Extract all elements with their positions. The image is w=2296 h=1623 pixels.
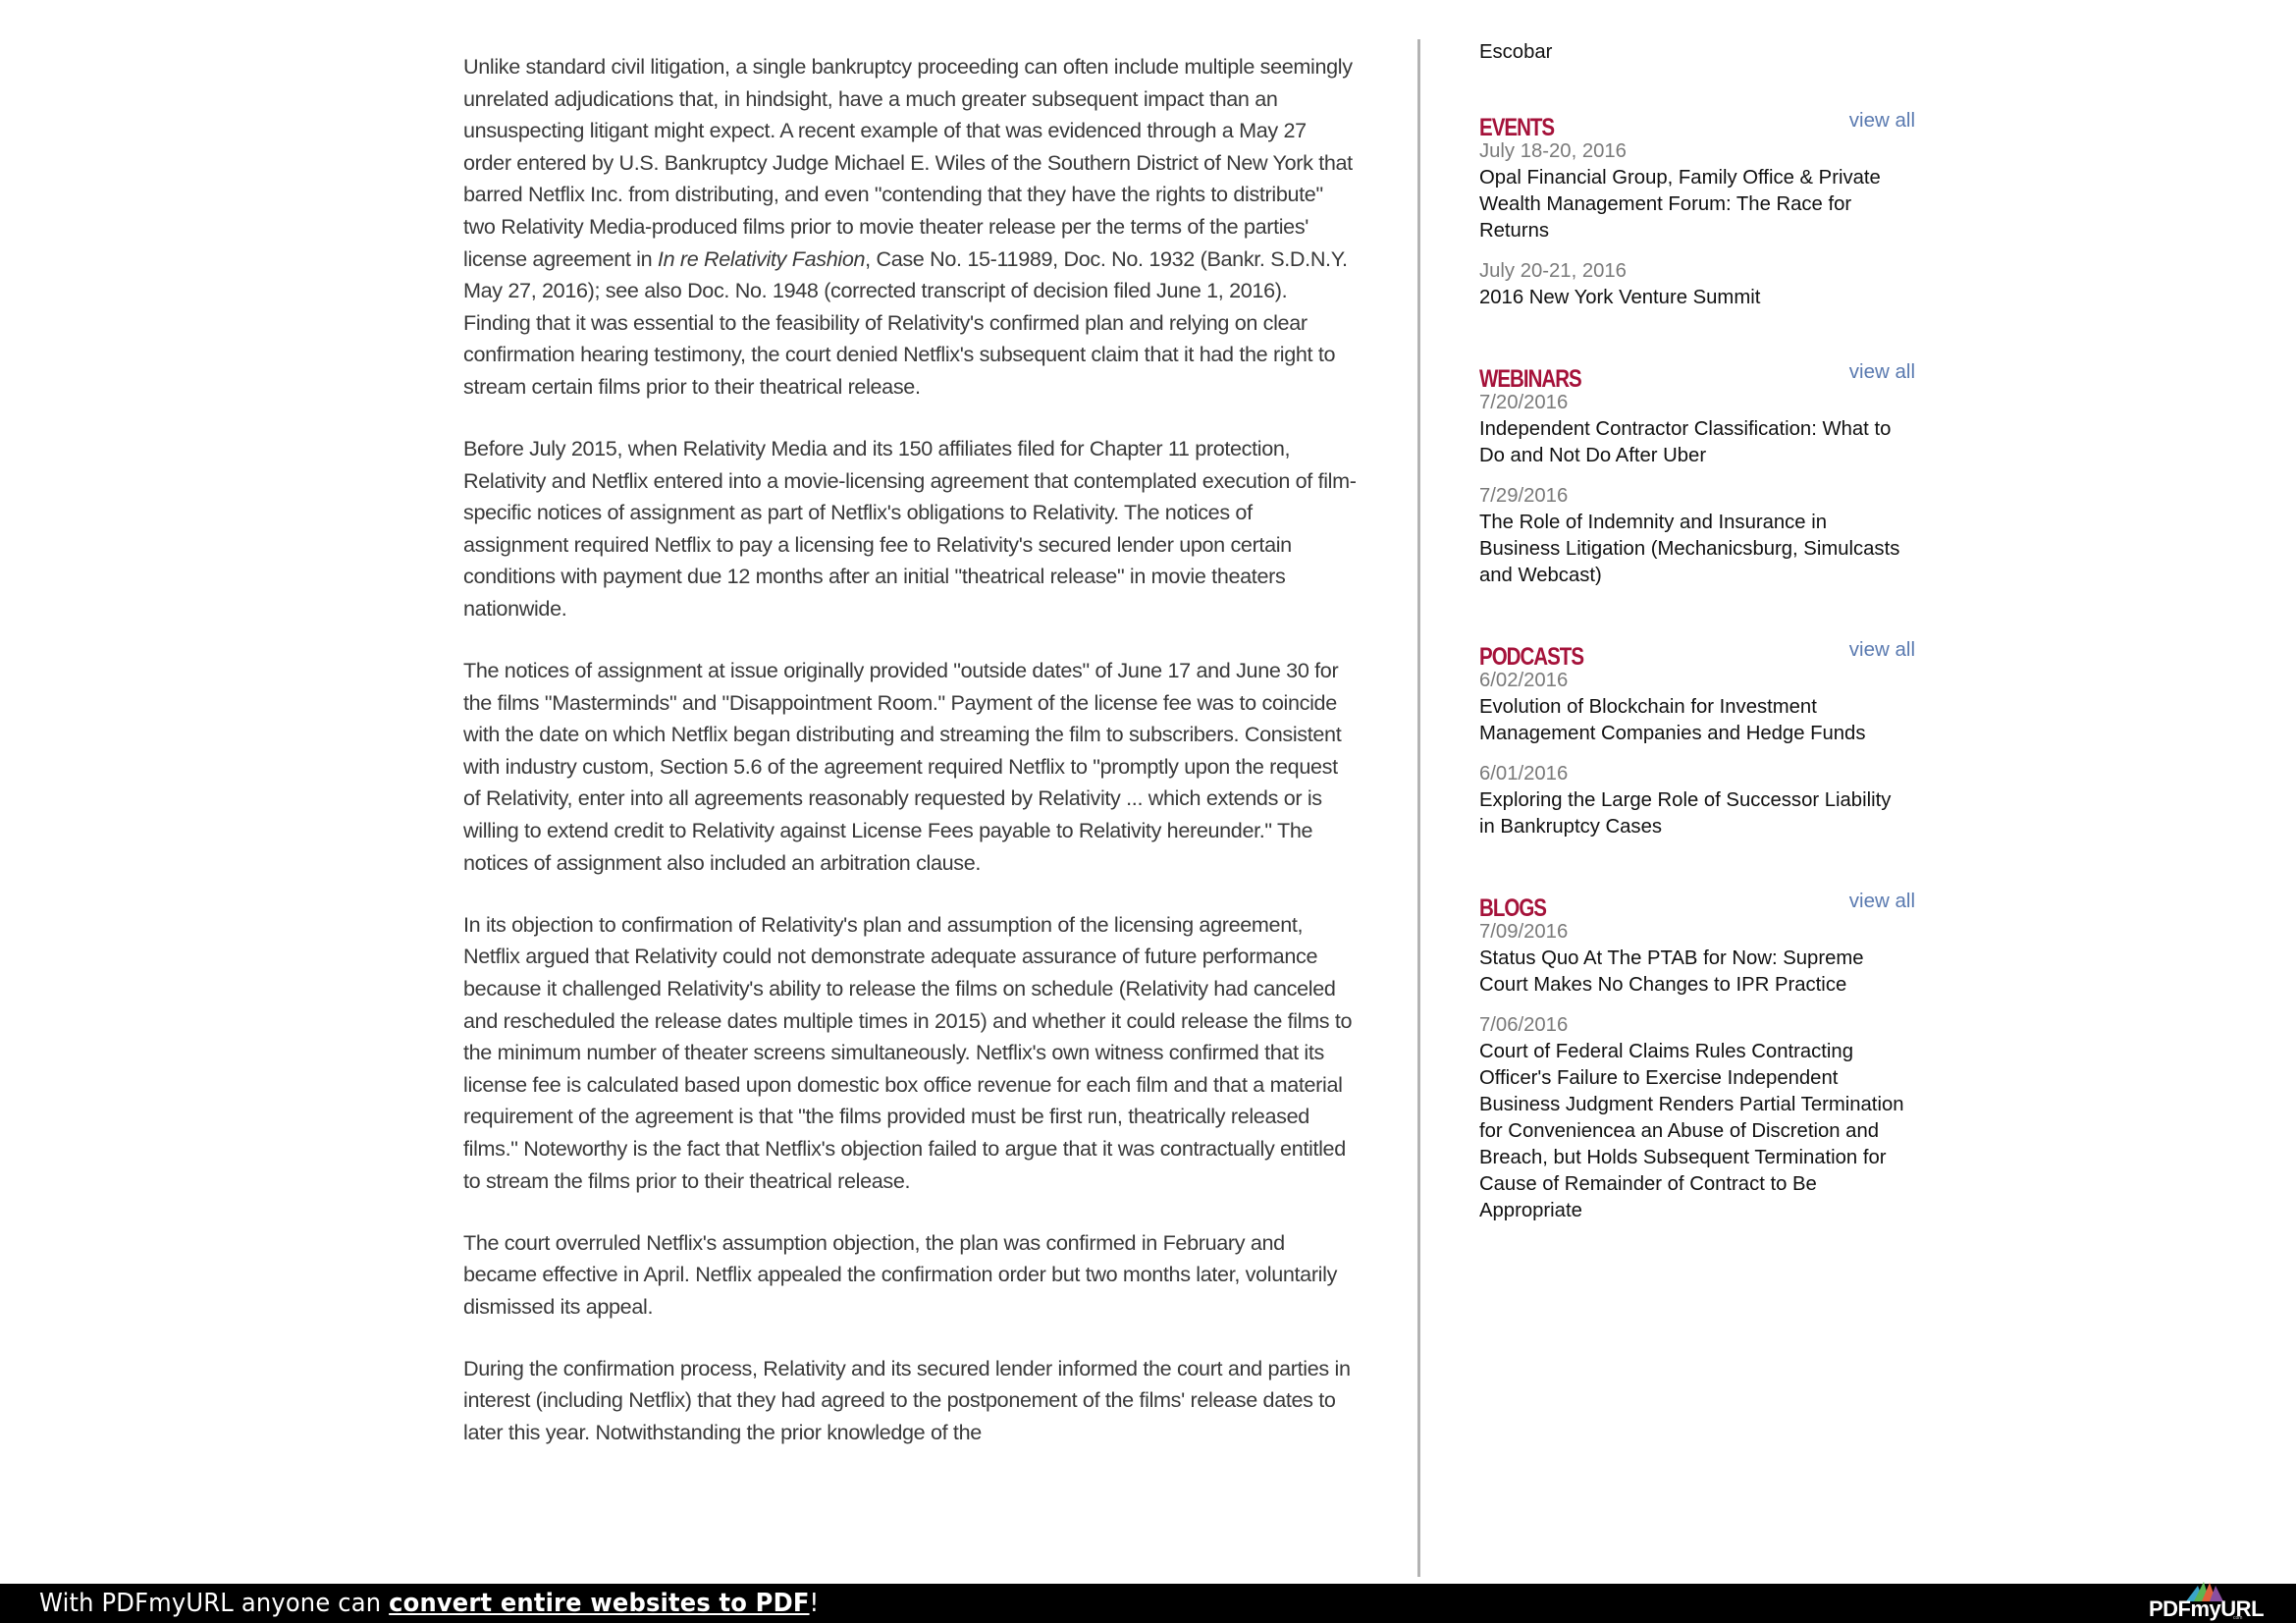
list-item: 7/06/2016 Court of Federal Claims Rules … bbox=[1479, 1012, 1911, 1224]
item-title-link[interactable]: The Role of Indemnity and Insurance in B… bbox=[1479, 510, 1911, 589]
item-date: 7/06/2016 bbox=[1479, 1012, 1911, 1039]
footer-prefix: With PDFmyURL anyone can bbox=[39, 1589, 389, 1618]
sidebar-lead-text: Escobar bbox=[1479, 39, 1911, 66]
item-title-link[interactable]: Status Quo At The PTAB for Now: Supreme … bbox=[1479, 946, 1911, 999]
item-date: 6/02/2016 bbox=[1479, 668, 1911, 694]
item-date: 7/20/2016 bbox=[1479, 390, 1911, 416]
list-item: July 18-20, 2016 Opal Financial Group, F… bbox=[1479, 138, 1911, 244]
article-paragraph: During the confirmation process, Relativ… bbox=[463, 1353, 1359, 1449]
item-title-link[interactable]: 2016 New York Venture Summit bbox=[1479, 285, 1911, 311]
pdfmyurl-logo[interactable]: PDFmyURL com bbox=[2147, 1584, 2255, 1623]
logo-com: com bbox=[2233, 1615, 2242, 1621]
sidebar-section-events: EVENTS view all July 18-20, 2016 Opal Fi… bbox=[1479, 109, 1911, 311]
list-item: July 20-21, 2016 2016 New York Venture S… bbox=[1479, 258, 1911, 311]
convert-websites-link[interactable]: convert entire websites to PDF bbox=[389, 1589, 809, 1618]
list-item: 7/20/2016 Independent Contractor Classif… bbox=[1479, 390, 1911, 469]
item-date: July 20-21, 2016 bbox=[1479, 258, 1911, 285]
item-date: 6/01/2016 bbox=[1479, 761, 1911, 787]
sidebar-section-webinars: WEBINARS view all 7/20/2016 Independent … bbox=[1479, 360, 1911, 589]
item-title-link[interactable]: Exploring the Large Role of Successor Li… bbox=[1479, 787, 1911, 840]
section-header: PODCASTS view all bbox=[1479, 638, 1911, 668]
column-divider bbox=[1417, 39, 1420, 1577]
view-all-podcasts-link[interactable]: view all bbox=[1849, 636, 1915, 663]
section-title: PODCASTS bbox=[1479, 642, 1583, 672]
view-all-events-link[interactable]: view all bbox=[1849, 107, 1915, 134]
item-date: July 18-20, 2016 bbox=[1479, 138, 1911, 165]
view-all-webinars-link[interactable]: view all bbox=[1849, 358, 1915, 385]
article-paragraph: Unlike standard civil litigation, a sing… bbox=[463, 51, 1359, 404]
view-all-blogs-link[interactable]: view all bbox=[1849, 888, 1915, 914]
logo-wordmark: PDFmyURL bbox=[2149, 1598, 2264, 1620]
footer-suffix: ! bbox=[810, 1589, 820, 1618]
sidebar-section-blogs: BLOGS view all 7/09/2016 Status Quo At T… bbox=[1479, 890, 1911, 1224]
list-item: 7/29/2016 The Role of Indemnity and Insu… bbox=[1479, 483, 1911, 589]
case-name-italic: In re Relativity Fashion bbox=[658, 246, 865, 271]
item-title-link[interactable]: Court of Federal Claims Rules Contractin… bbox=[1479, 1039, 1911, 1224]
item-date: 7/29/2016 bbox=[1479, 483, 1911, 510]
section-header: WEBINARS view all bbox=[1479, 360, 1911, 390]
section-header: BLOGS view all bbox=[1479, 890, 1911, 919]
list-item: 7/09/2016 Status Quo At The PTAB for Now… bbox=[1479, 919, 1911, 999]
item-title-link[interactable]: Independent Contractor Classification: W… bbox=[1479, 416, 1911, 469]
list-item: 6/02/2016 Evolution of Blockchain for In… bbox=[1479, 668, 1911, 747]
section-title: EVENTS bbox=[1479, 113, 1554, 142]
article-paragraph: The notices of assignment at issue origi… bbox=[463, 655, 1359, 879]
item-title-link[interactable]: Opal Financial Group, Family Office & Pr… bbox=[1479, 165, 1911, 244]
list-item: 6/01/2016 Exploring the Large Role of Su… bbox=[1479, 761, 1911, 840]
article-body: Unlike standard civil litigation, a sing… bbox=[463, 51, 1359, 1479]
article-paragraph: In its objection to confirmation of Rela… bbox=[463, 909, 1359, 1197]
section-title: BLOGS bbox=[1479, 893, 1546, 923]
paragraph-text: Unlike standard civil litigation, a sing… bbox=[463, 54, 1353, 271]
sidebar-section-podcasts: PODCASTS view all 6/02/2016 Evolution of… bbox=[1479, 638, 1911, 840]
sidebar: Escobar EVENTS view all July 18-20, 2016… bbox=[1479, 39, 1911, 1273]
section-header: EVENTS view all bbox=[1479, 109, 1911, 138]
item-date: 7/09/2016 bbox=[1479, 919, 1911, 946]
footer-promo-text: With PDFmyURL anyone can convert entire … bbox=[39, 1589, 819, 1618]
pdfmyurl-footer-banner: With PDFmyURL anyone can convert entire … bbox=[0, 1584, 2296, 1623]
item-title-link[interactable]: Evolution of Blockchain for Investment M… bbox=[1479, 694, 1911, 747]
article-paragraph: The court overruled Netflix's assumption… bbox=[463, 1227, 1359, 1324]
article-paragraph: Before July 2015, when Relativity Media … bbox=[463, 433, 1359, 625]
section-title: WEBINARS bbox=[1479, 364, 1581, 394]
